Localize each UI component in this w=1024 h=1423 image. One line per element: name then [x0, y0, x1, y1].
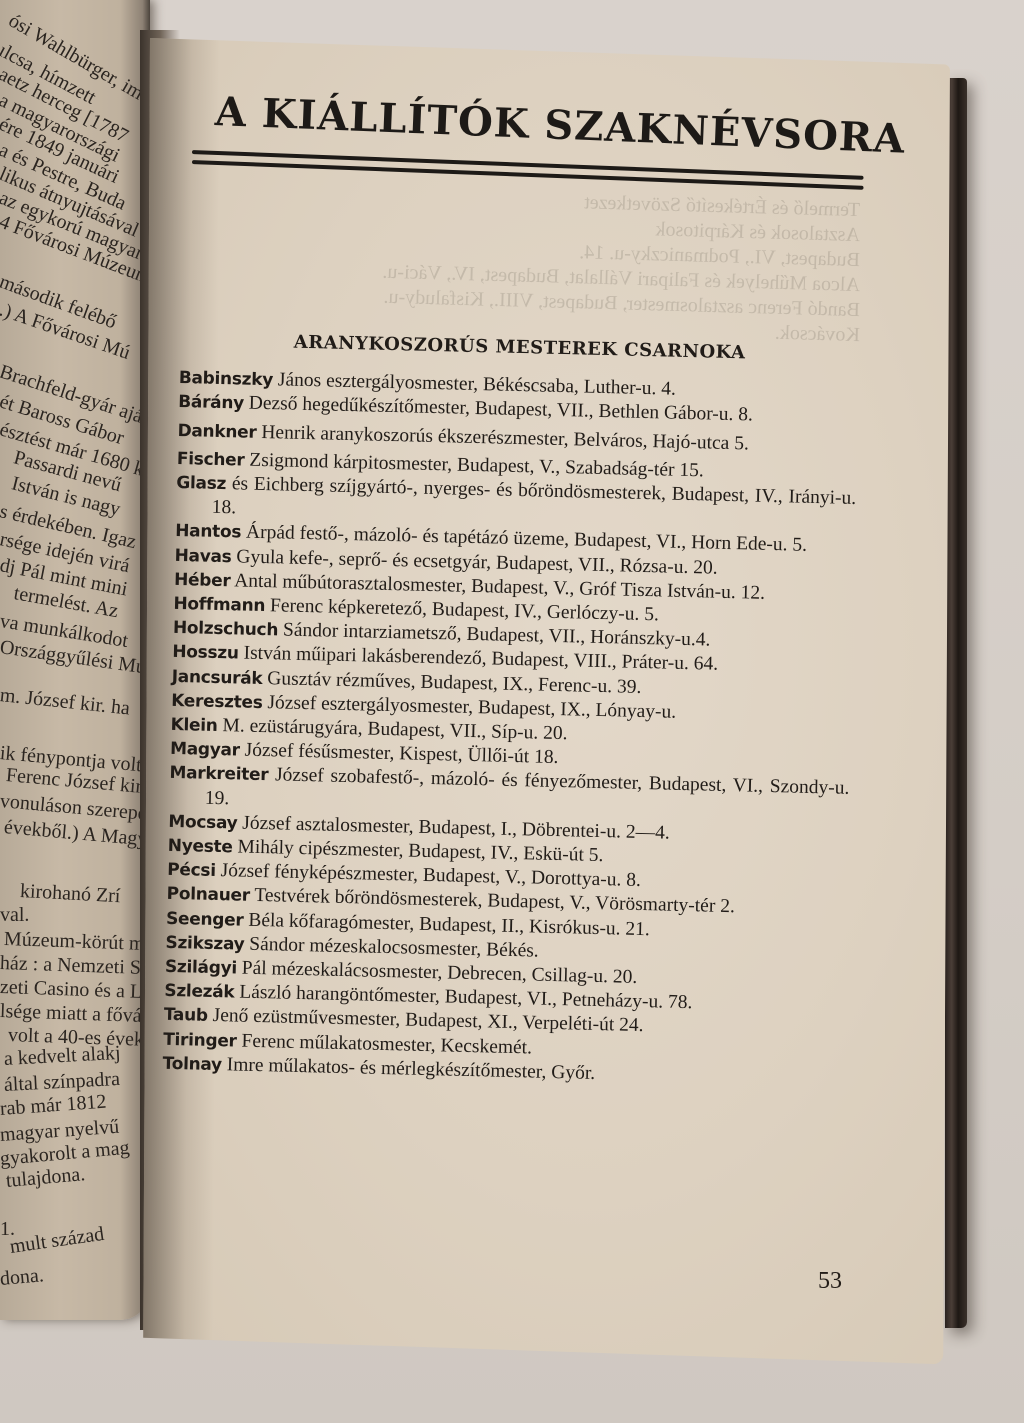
- left-page: ósi Wahlbürger, imılcsa, hímzettaetz her…: [0, 0, 150, 1320]
- entry-surname: Babinszky: [179, 368, 274, 390]
- entry-surname: Szlezák: [164, 981, 235, 1003]
- entry-surname: Héber: [174, 570, 231, 591]
- entry-surname: Dankner: [177, 421, 256, 443]
- entry-surname: Keresztes: [171, 691, 263, 713]
- entry-surname: Mocsay: [168, 812, 237, 834]
- left-page-line: m. József kir. ha: [0, 684, 131, 721]
- entry-surname: Taub: [164, 1005, 208, 1026]
- entry-surname: Bárány: [178, 392, 244, 414]
- entry-surname: Klein: [170, 715, 217, 736]
- entry-surname: Pécsi: [167, 860, 216, 881]
- left-page-line: kirohanó Zrí: [19, 880, 121, 908]
- entry-surname: Magyar: [170, 739, 240, 761]
- left-page-line: Múzeum-körút m: [4, 928, 145, 956]
- entry-surname: Jancsurák: [172, 667, 263, 689]
- entry-surname: Szilágyi: [165, 957, 237, 979]
- directory-content: ARANYKOSZORÚS MESTEREK CSARNOKA Babinszk…: [162, 328, 859, 1092]
- entry-surname: Holzschuch: [173, 618, 279, 640]
- entry-surname: Tiringer: [163, 1029, 237, 1051]
- entry-surname: Markreiter: [169, 763, 268, 785]
- entry-surname: Tolnay: [162, 1054, 222, 1075]
- entry-surname: Nyeste: [168, 836, 233, 858]
- entry-surname: Hantos: [175, 521, 241, 543]
- entry-surname: Fischer: [177, 449, 245, 471]
- entry-surname: Seenger: [166, 909, 244, 931]
- entry-surname: Hoffmann: [173, 594, 265, 616]
- entry-list: Babinszky János esztergályosmester, Béké…: [162, 366, 859, 1092]
- left-page-line: mult század: [8, 1223, 105, 1259]
- entry-surname: Szikszay: [165, 933, 244, 955]
- entry-surname: Havas: [174, 546, 231, 567]
- page-number: 53: [818, 1268, 842, 1295]
- left-page-line: val.: [0, 904, 29, 927]
- left-page-line: a kedvelt alakj: [3, 1042, 121, 1071]
- entry-surname: Glasz: [176, 473, 226, 494]
- entry-surname: Polnauer: [166, 884, 250, 906]
- left-page-line: dona.: [0, 1264, 45, 1291]
- entry-surname: Hosszu: [172, 642, 239, 664]
